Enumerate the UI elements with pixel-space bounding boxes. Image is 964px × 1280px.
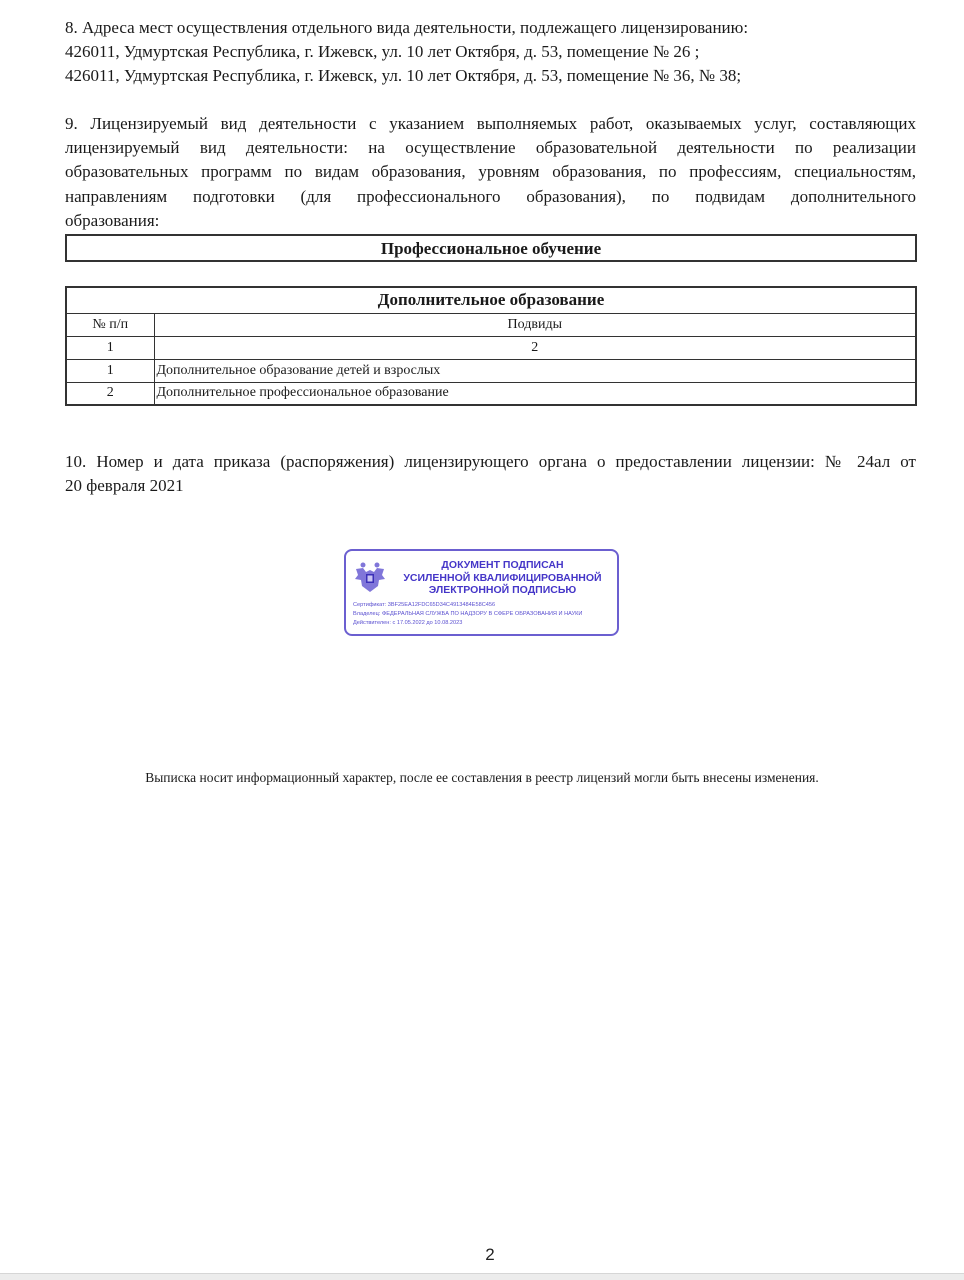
page-bottom-edge (0, 1273, 964, 1280)
section-9-text-line: направлениям подготовки (для профессиона… (65, 185, 916, 209)
section-9-text-line: образования: (65, 209, 916, 233)
table-caption: Дополнительное образование (66, 287, 916, 313)
stamp-validity: Действителен: с 17.05.2022 до 10.08.2023 (353, 620, 462, 626)
section-9-text-line: образовательных программ по видам образо… (65, 160, 916, 184)
section-10: 10. Номер и дата приказа (распоряжения) … (65, 450, 916, 498)
section-9: 9. Лицензируемый вид деятельности с указ… (65, 112, 916, 233)
stamp-owner: Владелец: ФЕДЕРАЛЬНАЯ СЛУЖБА ПО НАДЗОРУ … (353, 611, 582, 617)
stamp-certificate: Сертификат: 3BF25EA12FDC65D34C4913484E58… (353, 602, 495, 608)
table-header-row: № п/п Подвиды (66, 313, 916, 336)
row-number-cell: 1 (66, 359, 154, 382)
stamp-title: ДОКУМЕНТ ПОДПИСАН УСИЛЕННОЙ КВАЛИФИЦИРОВ… (390, 559, 615, 597)
professional-training-box: Профессиональное обучение (65, 234, 917, 262)
electronic-signature-stamp: ДОКУМЕНТ ПОДПИСАН УСИЛЕННОЙ КВАЛИФИЦИРОВ… (344, 549, 619, 636)
table-row: 2 Дополнительное профессиональное образо… (66, 382, 916, 405)
section-8: 8. Адреса мест осуществления отдельного … (65, 16, 916, 89)
subtype-cell: Дополнительное профессиональное образова… (154, 382, 916, 405)
coat-of-arms-icon (352, 559, 388, 595)
section-8-heading: 8. Адреса мест осуществления отдельного … (65, 16, 916, 40)
additional-education-table: Дополнительное образование № п/п Подвиды… (65, 286, 917, 406)
footer-note: Выписка носит информационный характер, п… (0, 770, 964, 786)
table-index-row: 1 2 (66, 336, 916, 359)
subtype-cell: Дополнительное образование детей и взрос… (154, 359, 916, 382)
index-cell: 1 (66, 336, 154, 359)
row-number-cell: 2 (66, 382, 154, 405)
document-page: 8. Адреса мест осуществления отдельного … (0, 0, 964, 1272)
section-9-text-line: лицензируемый вид деятельности: на осуще… (65, 136, 916, 160)
column-header-number: № п/п (66, 313, 154, 336)
section-9-text-line: 9. Лицензируемый вид деятельности с указ… (65, 112, 916, 136)
page-number: 2 (0, 1245, 964, 1265)
stamp-title-line: ДОКУМЕНТ ПОДПИСАН (390, 559, 615, 572)
stamp-title-line: ЭЛЕКТРОННОЙ ПОДПИСЬЮ (390, 584, 615, 597)
address-line: 426011, Удмуртская Республика, г. Ижевск… (65, 64, 916, 88)
index-cell: 2 (154, 336, 916, 359)
section-10-line: 20 февраля 2021 (65, 474, 916, 498)
table-row: 1 Дополнительное образование детей и взр… (66, 359, 916, 382)
section-10-line: 10. Номер и дата приказа (распоряжения) … (65, 450, 916, 474)
stamp-title-line: УСИЛЕННОЙ КВАЛИФИЦИРОВАННОЙ (390, 572, 615, 585)
address-line: 426011, Удмуртская Республика, г. Ижевск… (65, 40, 916, 64)
column-header-subtypes: Подвиды (154, 313, 916, 336)
